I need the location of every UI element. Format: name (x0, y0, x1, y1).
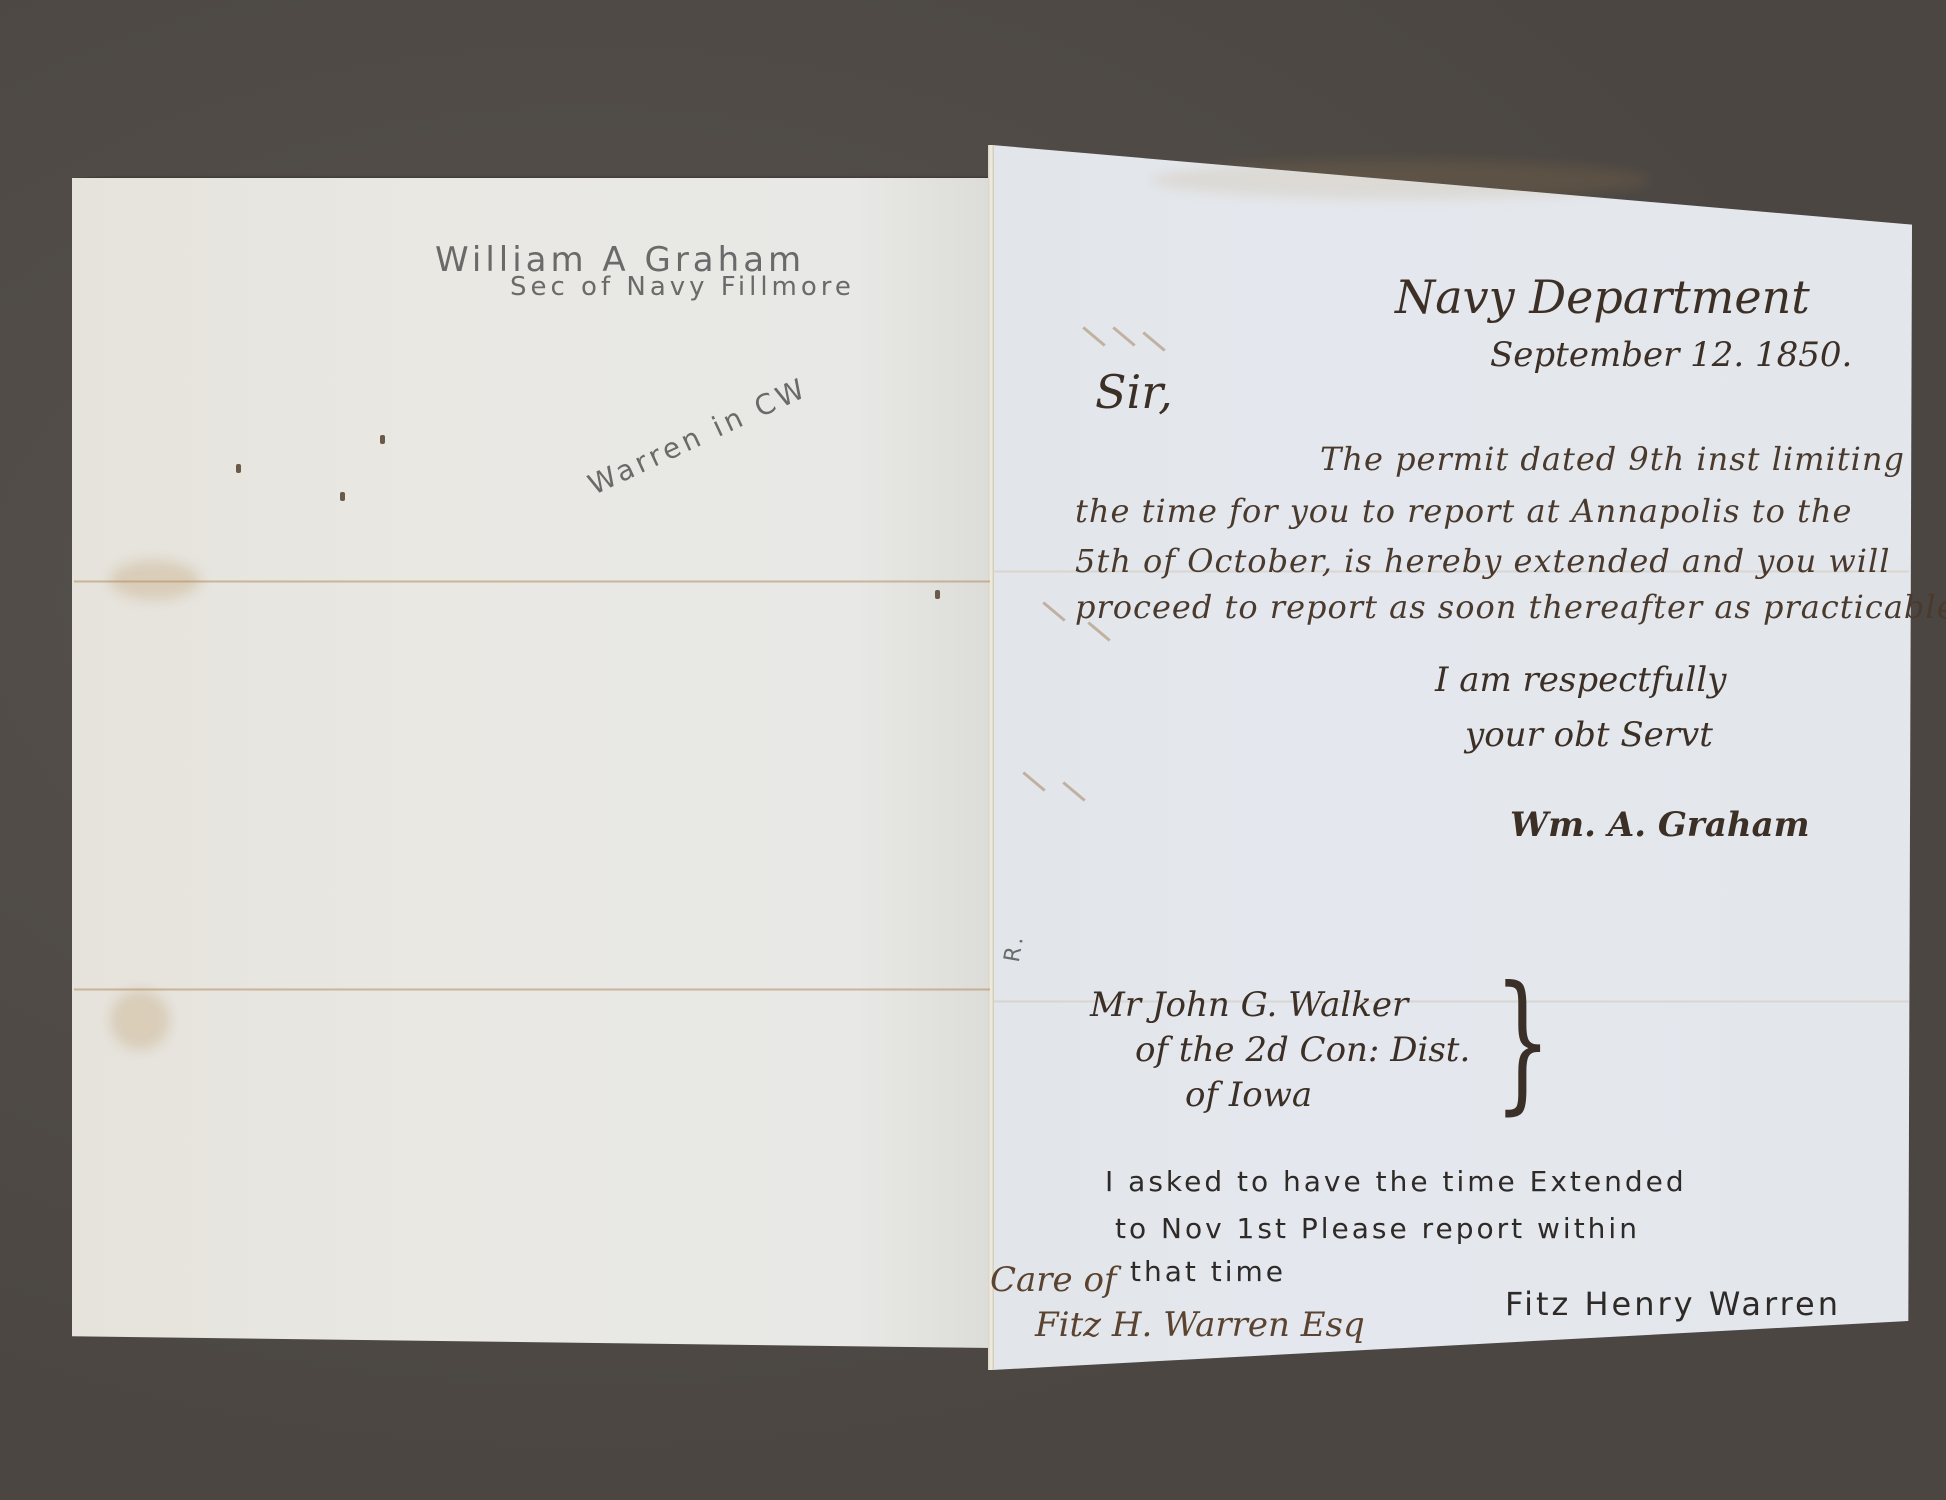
left-page (72, 178, 992, 1348)
fold-line-lower-left (74, 988, 990, 991)
stain (1150, 160, 1650, 200)
margin-mark: R. (1000, 931, 1030, 964)
fold-line-upper-left (74, 580, 990, 583)
pencil-note-title: Sec of Navy Fillmore (510, 272, 855, 302)
salutation: Sir, (1095, 365, 1173, 419)
body-line-1: The permit dated 9th inst limiting (1320, 440, 1905, 478)
ink-speck (236, 464, 241, 473)
stain (110, 990, 170, 1050)
endorsement-line-2: to Nov 1st Please report within (1115, 1212, 1640, 1245)
closing-line-2: your obt Servt (1465, 715, 1713, 755)
center-fold (988, 145, 994, 1370)
ink-speck (935, 590, 940, 599)
body-line-4: proceed to report as soon thereafter as … (1075, 588, 1946, 626)
signature: Wm. A. Graham (1510, 805, 1810, 845)
closing-line-1: I am respectfully (1435, 660, 1726, 700)
body-line-3: 5th of October, is hereby extended and y… (1075, 542, 1890, 580)
dateline: September 12. 1850. (1490, 335, 1852, 375)
care-of-line-2: Fitz H. Warren Esq (1035, 1305, 1365, 1345)
ink-speck (340, 492, 345, 501)
endorsement-line-3: that time (1130, 1255, 1286, 1288)
addressee-line-3: of Iowa (1185, 1075, 1312, 1115)
addressee-line-2: of the 2d Con: Dist. (1135, 1030, 1470, 1070)
endorsement-line-1: I asked to have the time Extended (1105, 1165, 1687, 1198)
ink-speck (380, 435, 385, 444)
letterhead: Navy Department (1395, 270, 1810, 324)
addressee-line-1: Mr John G. Walker (1090, 985, 1408, 1025)
endorsement-signature: Fitz Henry Warren (1505, 1285, 1841, 1323)
body-line-2: the time for you to report at Annapolis … (1075, 492, 1852, 530)
stain (110, 560, 200, 600)
care-of-line-1: Care of (990, 1260, 1117, 1300)
addressee-brace: } (1494, 955, 1551, 1129)
